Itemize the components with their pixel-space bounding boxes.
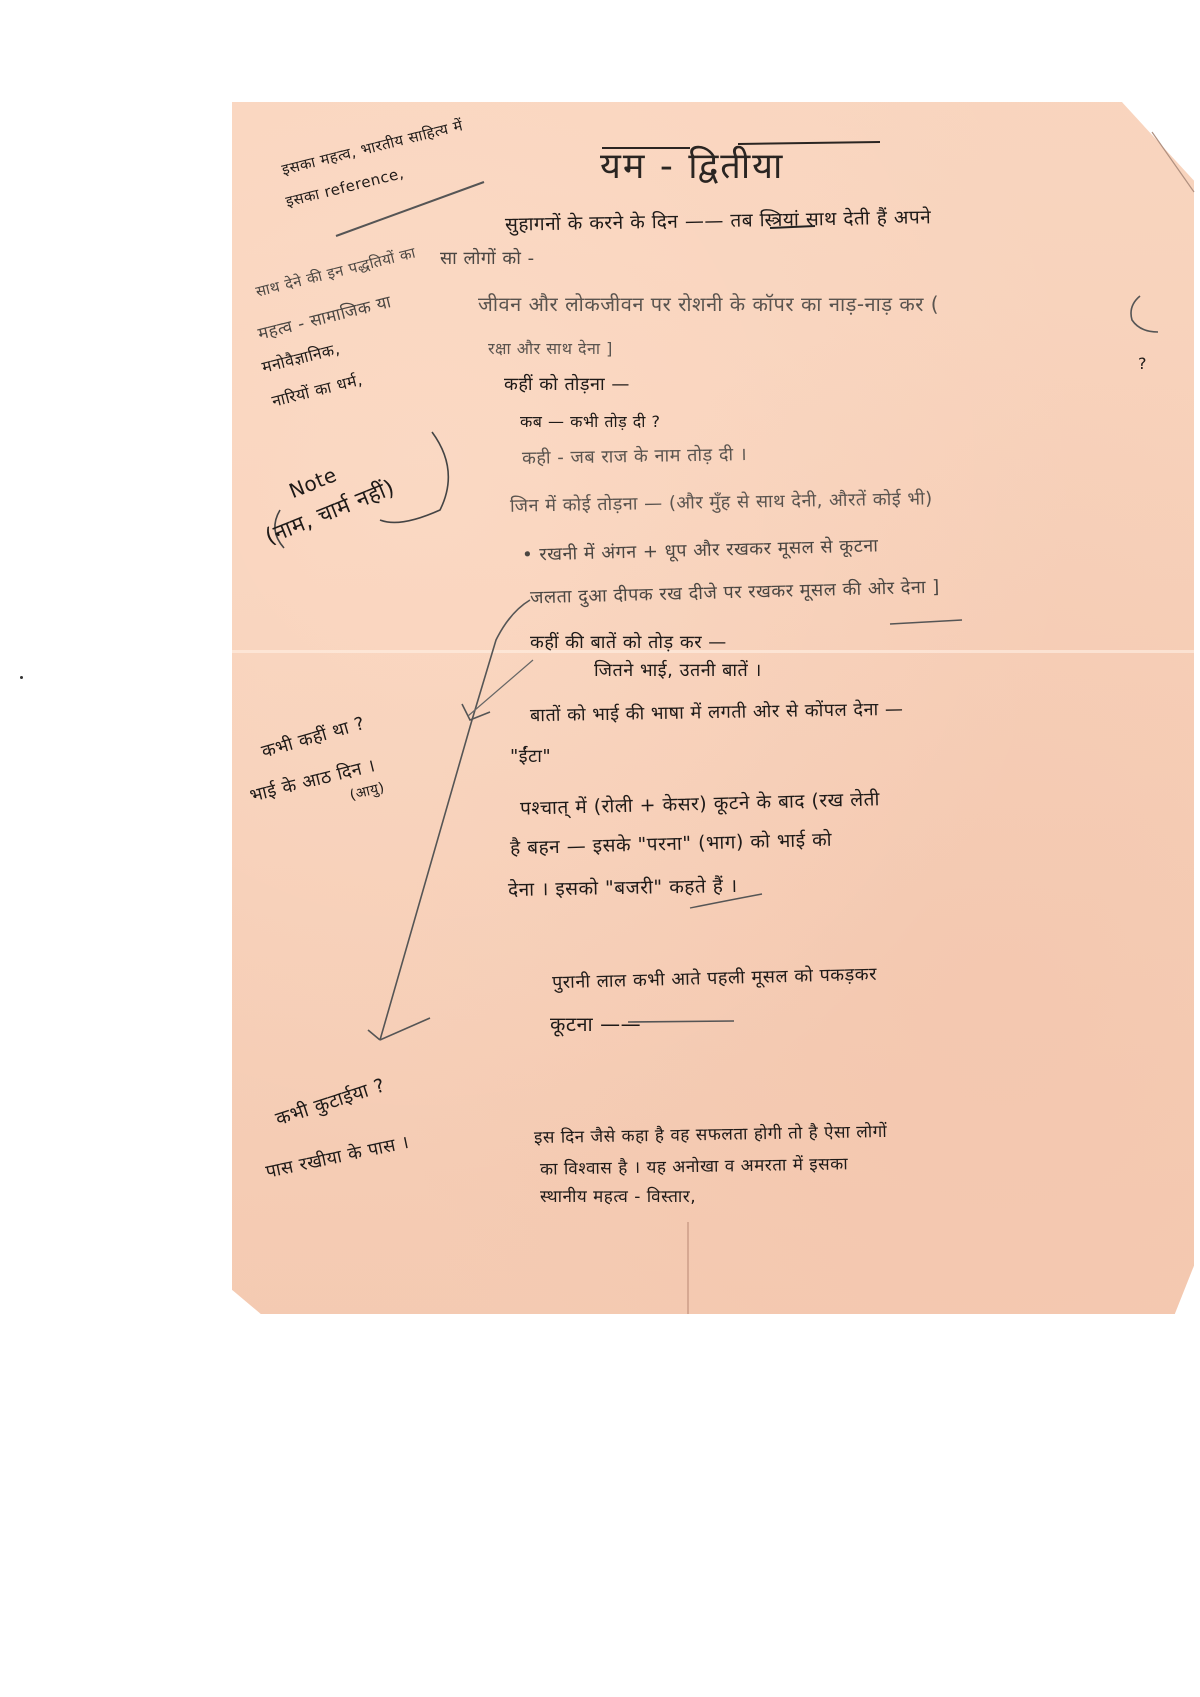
body-line: देना । इसको "बजरी" कहते हैं । (508, 872, 738, 902)
body-line: जितने भाई, उतनी बातें । (594, 658, 762, 682)
scan-dust-mark (20, 676, 23, 679)
body-line: रक्षा और साथ देना ] (488, 337, 613, 359)
paper-tear-vertical (687, 1222, 689, 1314)
body-line: कूटना —— (550, 1010, 641, 1037)
body-line: कब — कभी तोड़ दी ? (520, 410, 661, 432)
body-line: जीवन और लोकजीवन पर रोशनी के कॉपर का नाड़… (478, 290, 939, 317)
page-title: यम - द्वितीया (600, 140, 784, 189)
body-line: "ईंटा" (510, 744, 551, 768)
body-line: कहीं की बातें को तोड़ कर — (530, 630, 727, 654)
body-line: सा लोगों को - (440, 246, 535, 270)
closing-line: स्थानीय महत्व - विस्तार, (540, 1184, 696, 1207)
body-line: कहीं को तोड़ना — (504, 372, 630, 396)
body-line: कही - जब राज के नाम तोड़ दी । (522, 442, 748, 470)
stray-question-mark: ? (1138, 354, 1147, 373)
